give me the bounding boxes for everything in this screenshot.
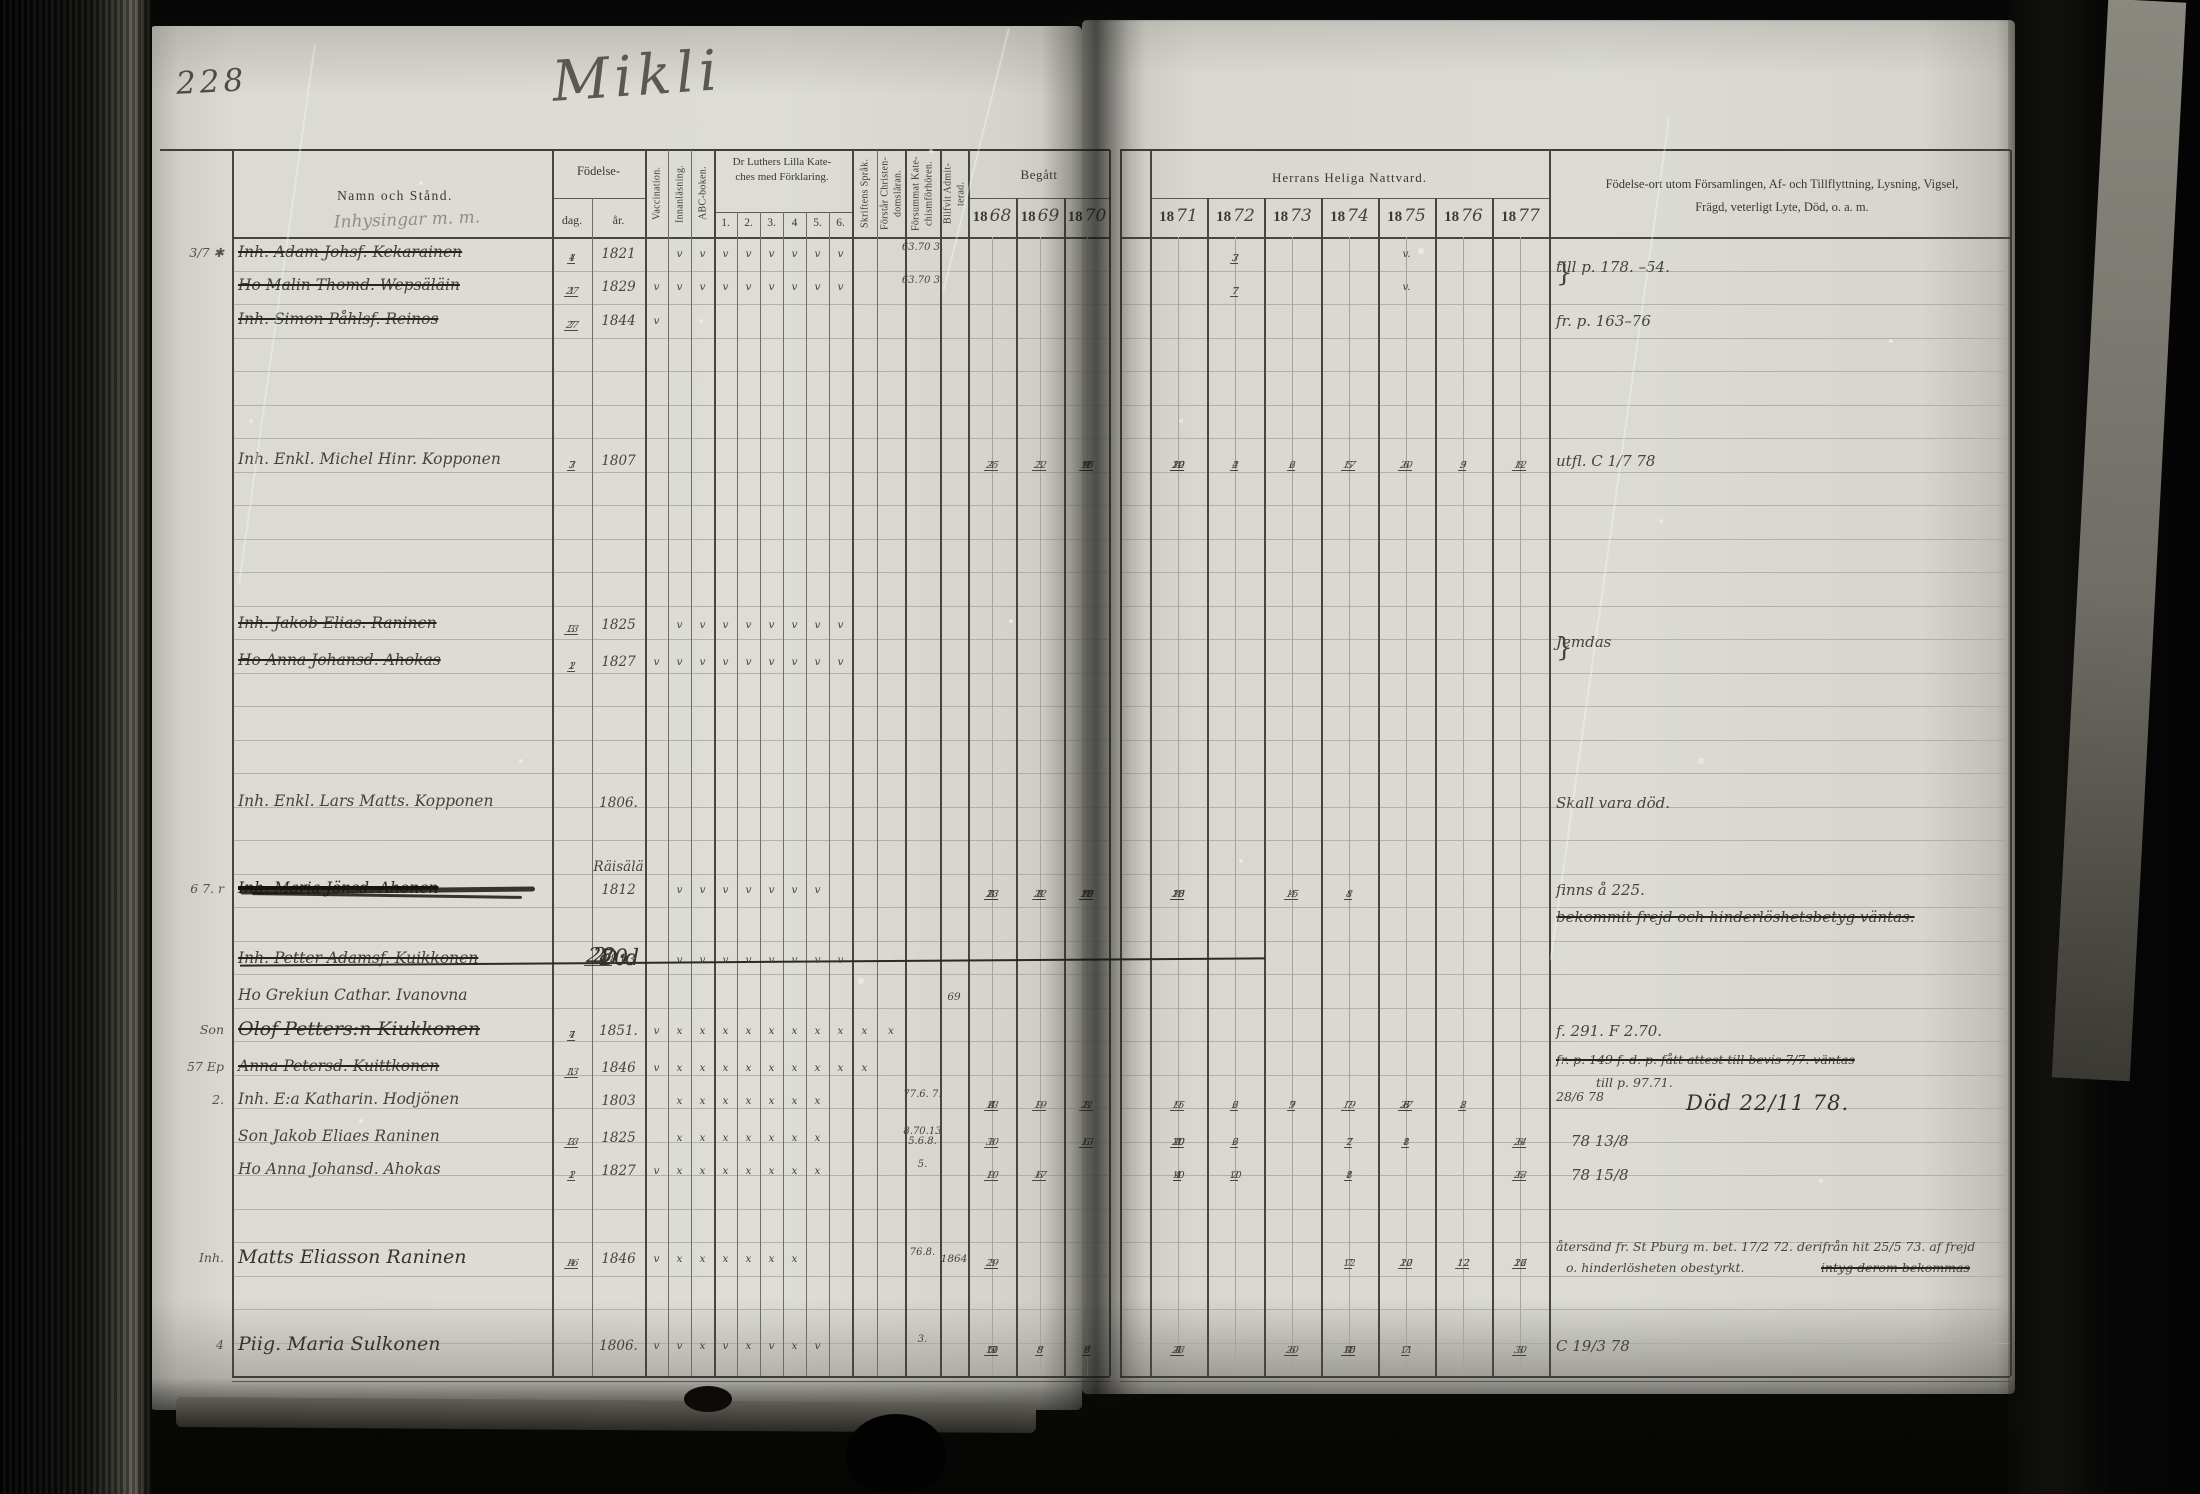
grid-line (1349, 237, 1350, 1376)
ledger-cell-k5: v (806, 241, 829, 267)
grid-line (232, 639, 1110, 640)
ledger-cell-forsummat: 76.8. (901, 1248, 944, 1274)
ledger-cell-forstar: x (877, 1018, 905, 1044)
catechism-subcolumn-number: 2. (737, 217, 760, 229)
year-label: 1871 (1150, 206, 1207, 226)
year-label: 1877 (1492, 206, 1549, 226)
catechism-subcolumn-number: 6. (829, 217, 852, 229)
ledger-cell-y1870: 6339 (1064, 1333, 1110, 1359)
ledger-cell-day: 37 (552, 448, 592, 474)
ledger-cell-k2: x (737, 1158, 760, 1184)
column-header-communion-begatt: Begått (968, 167, 1110, 183)
column-header-vertical: Skriftens Språk. (858, 152, 872, 235)
ledger-cell-k4: x (783, 1246, 806, 1272)
ledger-cell-innanl: x (668, 1158, 691, 1184)
ledger-cell-k3: v (760, 947, 783, 973)
grid-line (1120, 740, 2010, 741)
grid-line (1120, 1309, 2010, 1310)
grid-line (2010, 150, 2012, 1376)
catechism-subcolumn-number: 1. (714, 217, 737, 229)
ledger-cell-k4: v (783, 612, 806, 638)
ledger-cell-k4: x (783, 1088, 806, 1114)
ledger-cell-k1: v (714, 877, 737, 903)
grid-line (232, 271, 1110, 272)
grid-line (1120, 1075, 2010, 1076)
ledger-cell-abc: x (691, 1158, 714, 1184)
grid-line (232, 304, 1110, 305)
grid-line (1120, 405, 2010, 406)
column-header-notes-line1: Födelse-ort utom Församlingen, Af- och T… (1556, 177, 2008, 192)
grid-line (1109, 150, 1111, 1376)
ledger-cell-y1871: 2341510 (1150, 877, 1207, 903)
grid-line (1120, 874, 2010, 875)
ledger-cell-k5: v (806, 877, 829, 903)
grid-line (1120, 1381, 2010, 1382)
marginal-note: fr. p. 149 f. d. p. fått attest till bev… (1556, 1052, 1855, 1067)
ledger-cell-y1868: 293 (968, 1246, 1016, 1272)
grid-line (905, 150, 907, 1376)
ledger-cell-y1869: 88 (1016, 1333, 1064, 1359)
grid-line (1120, 237, 2010, 239)
grid-line (1120, 673, 2010, 674)
ledger-cell-blifvit: 69 (940, 984, 968, 1010)
marginal-note: o. hinderlösheten obestyrkt. (1566, 1260, 1745, 1275)
grid-line (1406, 237, 1407, 1376)
year-label: 1870 (1064, 206, 1110, 226)
ledger-cell-blifvit: 1864 (940, 1246, 968, 1272)
catechism-subcolumn-number: 3. (760, 217, 783, 229)
edge-mark: 18 (56, 474, 73, 489)
grid-line (852, 150, 854, 1376)
ledger-cell-k6: v (829, 649, 852, 675)
grid-line (1120, 706, 2010, 707)
ledger-cell-y1877: 236 (1492, 1158, 1549, 1184)
grid-line (1120, 1041, 2010, 1042)
grid-line (232, 1008, 1110, 1009)
ledger-cell-y1873: 154 (1264, 877, 1321, 903)
column-header-name: Namn och Stånd. (258, 188, 532, 204)
ledger-cell-year: 1825 (592, 612, 645, 638)
ledger-cell-k3: x (760, 1055, 783, 1081)
marginal-note: } till p. 178. –54. (1556, 258, 1670, 276)
ledger-cell-skrift: x (852, 1055, 877, 1081)
grid-line (1120, 338, 2010, 339)
ledger-cell-y1877: 2612 (1492, 1246, 1549, 1272)
grid-line (232, 237, 1110, 239)
ledger-cell-y1868: 13344 (968, 1088, 1016, 1114)
grid-line (1321, 198, 1323, 1376)
ledger-cell-forsummat: 77.6. 7. (901, 1090, 944, 1116)
column-header-catechism-line2: ches med Förklaring. (712, 171, 852, 183)
ledger-cell-y1876: 28 (1435, 1088, 1492, 1114)
ledger-cell-k1: v (714, 947, 737, 973)
year-label: 1868 (968, 206, 1016, 226)
row-margin-note: 3/7 ✱ (150, 245, 224, 260)
ledger-cell-year: 1827 (592, 649, 645, 675)
ledger-cell-k2: x (737, 1055, 760, 1081)
ledger-cell-vacc: v (645, 1246, 668, 1272)
ledger-cell-year: 1806. (592, 790, 645, 816)
grid-line (232, 941, 1110, 942)
ledger-cell-innanl: x (668, 1246, 691, 1272)
ledger-cell-k1: v (714, 1333, 737, 1359)
year-label: 1875 (1378, 206, 1435, 226)
column-header-vertical: Blifvit Admit- (941, 152, 955, 235)
ledger-cell-year: 1844 (592, 308, 645, 334)
grid-line (1378, 198, 1380, 1376)
ledger-cell-year: 1806. (592, 1333, 645, 1359)
ledger-cell-k2: v (737, 241, 760, 267)
column-header-vertical: Vaccination. (650, 152, 664, 235)
ledger-row-name: Inh. Enkl. Lars Matts. Kopponen (238, 792, 493, 810)
ledger-cell-day: 271 (552, 274, 592, 300)
ledger-row-name: Olof Petters:n Kiukkonen (238, 1018, 480, 1040)
ledger-cell-k1: x (714, 1055, 737, 1081)
ledger-cell-abc: x (691, 1055, 714, 1081)
marginal-note: bekommit frejd och hinderlöshetsbetyg vä… (1556, 908, 1915, 926)
ledger-cell-y1874: 175 (1321, 448, 1378, 474)
ledger-cell-y1870: 218 (1064, 1088, 1110, 1114)
ledger-cell-k4: x (783, 1158, 806, 1184)
grid-line (232, 773, 1110, 774)
ledger-cell-k5: v (806, 612, 829, 638)
row-margin-note: Son (150, 1022, 224, 1037)
page-title-handwritten: Mikli (550, 38, 724, 115)
strike-smudge (252, 892, 522, 899)
ledger-cell-k2: x (737, 1246, 760, 1272)
grid-line (1120, 1276, 2010, 1277)
ledger-cell-innanl: v (668, 877, 691, 903)
grid-line (1492, 198, 1494, 1376)
ledger-cell-y1871: 23348 (1150, 1333, 1207, 1359)
ledger-cell-y1875: 27668 (1378, 1088, 1435, 1114)
ledger-cell-y1869: 223 (1016, 448, 1064, 474)
ledger-cell-k6: v (829, 947, 852, 973)
grid-line (714, 150, 716, 1376)
year-label: 1872 (1207, 206, 1264, 226)
grid-line (1549, 150, 1551, 1376)
ledger-cell-y1874: 712 (1321, 1246, 1378, 1272)
ledger-cell-forsummat: 5. (901, 1160, 944, 1186)
ledger-cell-day: 21 (552, 1158, 592, 1184)
grid-line (1207, 198, 1209, 1376)
ledger-row-name: Son Jakob Eliaes Raninen (238, 1127, 440, 1145)
ledger-cell-innanl: v (668, 274, 691, 300)
ledger-cell-k2: v (737, 947, 760, 973)
grid-line (737, 212, 738, 1376)
ledger-cell-k6: x (829, 1055, 852, 1081)
ledger-cell-k4: x (783, 1125, 806, 1151)
ledger-cell-year: 1812 (592, 877, 645, 903)
column-header-vertical: domsläran. (891, 152, 905, 235)
ledger-cell-k3: v (760, 274, 783, 300)
ledger-cell-day: 21 (552, 649, 592, 675)
grid-line (691, 150, 692, 1376)
grid-line (1120, 304, 2010, 305)
ledger-cell-year: 1846 (592, 1055, 645, 1081)
ledger-cell-y1869: 199 (1016, 1088, 1064, 1114)
ledger-cell-y1873: 97 (1264, 1088, 1321, 1114)
ledger-cell-vacc: v (645, 1055, 668, 1081)
ledger-row-name: Ho Anna Johansd. Ahokas (238, 1160, 441, 1178)
grid-line (232, 338, 1110, 339)
ledger-cell-abc: v (691, 241, 714, 267)
marginal-note: 28/6 78 (1556, 1089, 1604, 1104)
ledger-cell-abc: x (691, 1018, 714, 1044)
ledger-cell-y1870: 15419102012 (1064, 877, 1110, 903)
ledger-cell-y1874: 72 (1321, 1125, 1378, 1151)
column-header-name-handwritten: Inhysingar m. m. (282, 206, 533, 235)
ledger-cell-vacc: v (645, 274, 668, 300)
grid-line (760, 212, 761, 1376)
ledger-cell-k3: v (760, 877, 783, 903)
edge-mark: 1 (72, 902, 80, 917)
year-label: 1876 (1435, 206, 1492, 226)
column-header-vertical: terad. (954, 152, 968, 235)
grid-line (1120, 1008, 2010, 1009)
ledger-row-name: Ho Anna Johansd. Ahokas (238, 651, 441, 669)
scanned-ledger-spread: 228 Mikli Namn och Stånd. Inhysingar m. … (0, 0, 2200, 1494)
grid-line (1120, 371, 2010, 372)
ledger-cell-skrift: x (852, 1018, 877, 1044)
ledger-cell-abc: v (691, 947, 714, 973)
ledger-cell-k2: x (737, 1333, 760, 1359)
grid-line (552, 150, 554, 1376)
ledger-cell-k6: v (829, 241, 852, 267)
ledger-cell-k1: x (714, 1088, 737, 1114)
ledger-row-name: Piig. Maria Sulkonen (238, 1333, 441, 1355)
ledger-cell-k5: v (806, 649, 829, 675)
row-margin-note: 57 Ep (150, 1059, 224, 1074)
ledger-cell-y1877: 303 (1492, 1333, 1549, 1359)
grid-line (1178, 237, 1179, 1376)
grid-line (232, 706, 1110, 707)
grid-line (232, 371, 1110, 372)
catechism-subcolumn-number: 5. (806, 217, 829, 229)
ledger-cell-year: 1846 (592, 1246, 645, 1272)
edge-mark: 1/4 (92, 86, 113, 101)
ledger-cell-k3: x (760, 1125, 783, 1151)
ledger-cell-day: 133 (552, 612, 592, 638)
ledger-cell-innanl: v (668, 947, 691, 973)
ledger-cell-innanl: v (668, 649, 691, 675)
ledger-cell-k3: x (760, 1158, 783, 1184)
ledger-cell-innanl: v (668, 241, 691, 267)
grid-line (1463, 237, 1464, 1376)
ledger-cell-y1868: 571110 (968, 1333, 1016, 1359)
grid-line (1120, 149, 2010, 151)
grid-line (552, 198, 645, 199)
ledger-cell-forsummat: 8.70.13 5.6.8. (901, 1127, 944, 1153)
grid-line (829, 212, 830, 1376)
ledger-row-name: Ho Grekiun Cathar. Ivanovna (238, 986, 468, 1004)
ledger-cell-k1: v (714, 649, 737, 675)
ledger-cell-day: 47 (552, 1018, 592, 1044)
marginal-note: 78 13/8 (1571, 1132, 1629, 1150)
ledger-cell-k3: x (760, 1018, 783, 1044)
ledger-cell-k1: x (714, 1158, 737, 1184)
column-header-vertical: Försummat Kate- (909, 152, 923, 235)
ledger-cell-k1: v (714, 612, 737, 638)
marginal-note: Död 22/11 78. (1686, 1091, 1849, 1115)
ledger-cell-vacc: v (645, 649, 668, 675)
ledger-cell-k3: v (760, 1333, 783, 1359)
ledger-cell-k4: x (783, 1055, 806, 1081)
ledger-cell-k5: v (806, 1333, 829, 1359)
ledger-cell-k2: x (737, 1088, 760, 1114)
grid-line (1150, 150, 1152, 1376)
ledger-cell-day: 164 (552, 1246, 592, 1272)
grid-line (232, 1209, 1110, 1210)
column-header-birth-day: dag. (552, 213, 592, 228)
column-header-catechism-line1: Dr Luthers Lilla Kate- (712, 156, 852, 168)
ledger-row-name: Inh. Adam Johsf. Kekarainen (238, 243, 462, 261)
ledger-cell-year: 1829 (592, 274, 645, 300)
grid-line (1120, 150, 1122, 1376)
ledger-cell-year: 1825 (592, 1125, 645, 1151)
ledger-cell-k5: x (806, 1018, 829, 1044)
ledger-cell-k4: v (783, 649, 806, 675)
ledger-cell-year: Räisälä (592, 854, 645, 880)
ledger-cell-y1875: 2210 (1378, 1246, 1435, 1272)
ledger-cell-k1: x (714, 1018, 737, 1044)
ledger-cell-y1875: 711 (1378, 1333, 1435, 1359)
ledger-cell-abc: x (691, 1246, 714, 1272)
grid-line (232, 405, 1110, 406)
grid-line (668, 150, 669, 1376)
ledger-cell-y1872: 77 (1207, 274, 1264, 300)
ledger-row-name: Inh. Simon Påhlsf. Reinos (238, 310, 438, 328)
row-margin-note: 4 (150, 1337, 224, 1352)
grid-line (232, 1309, 1110, 1310)
ledger-cell-k3: x (760, 1088, 783, 1114)
ledger-cell-day: 277 (552, 308, 592, 334)
ledger-cell-y1874: 81 (1321, 877, 1378, 903)
grid-line (992, 237, 993, 1376)
grid-line (877, 150, 878, 1376)
year-label: 1874 (1321, 206, 1378, 226)
row-margin-note: 2. (150, 1092, 224, 1107)
grid-line (232, 874, 1110, 875)
ledger-cell-y1868: 254 (968, 448, 1016, 474)
ledger-cell-abc: v (691, 274, 714, 300)
ledger-cell-y1868: 109 (968, 1158, 1016, 1184)
grid-line (1120, 1209, 2010, 1210)
ledger-cell-k5: x (806, 1125, 829, 1151)
ledger-cell-vacc: v (645, 1333, 668, 1359)
grid-line (1120, 840, 2010, 841)
ledger-cell-abc: v (691, 649, 714, 675)
ledger-cell-k1: v (714, 241, 737, 267)
grid-line (232, 1376, 1110, 1378)
ledger-cell-y1872: 26 (1207, 1125, 1264, 1151)
marginal-note: till p. 97.71. (1596, 1075, 1673, 1090)
grid-line (1435, 198, 1437, 1376)
ledger-cell-year: 1807 (592, 448, 645, 474)
grid-line (232, 840, 1110, 841)
ledger-cell-y1875: 18 (1378, 1125, 1435, 1151)
ledger-cell-y1868: 233134 (968, 877, 1016, 903)
ledger-cell-y1874: 18 (1321, 1158, 1378, 1184)
ledger-cell-y1871: 242010 (1150, 1125, 1207, 1151)
grid-line (1016, 198, 1018, 1376)
grid-line (232, 1381, 1110, 1382)
grid-line (1120, 606, 2010, 607)
grid-line (783, 212, 784, 1376)
ledger-cell-day: 133 (552, 1125, 592, 1151)
ledger-cell-k4: x (783, 1018, 806, 1044)
ledger-cell-k2: v (737, 274, 760, 300)
row-margin-note: Inh. (150, 1250, 224, 1265)
ledger-cell-k1: v (714, 274, 737, 300)
grid-line (1087, 237, 1088, 1376)
ledger-cell-k6: x (829, 1018, 852, 1044)
ledger-cell-y1871: 14110 (1150, 1158, 1207, 1184)
grid-line (1292, 237, 1293, 1376)
column-header-notes-line2: Frägd, veterligt Lyte, Död, o. a. m. (1556, 200, 2008, 215)
ledger-cell-k5: x (806, 1088, 829, 1114)
ledger-cell-forsummat: 63.70 3. (901, 243, 944, 269)
edge-mark: 2. (62, 512, 74, 527)
ledger-cell-y1875: 206 (1378, 448, 1435, 474)
ledger-cell-abc: x (691, 1333, 714, 1359)
column-header-communion-nattvard: Herrans Heliga Nattvard. (1150, 170, 1549, 186)
ledger-cell-k5: v (806, 947, 829, 973)
ledger-cell-abc: x (691, 1088, 714, 1114)
column-header-birth-group: Födelse- (552, 164, 645, 179)
ledger-cell-k2: v (737, 649, 760, 675)
ledger-cell-y1875: v. (1378, 274, 1435, 300)
ledger-cell-year: 1827 (592, 1158, 645, 1184)
marginal-note: återsänd fr. St Pburg m. bet. 17/2 72. d… (1556, 1239, 1975, 1254)
grid-line (1120, 505, 2010, 506)
grid-line (232, 1242, 1110, 1243)
grid-line (232, 505, 1110, 506)
ledger-cell-y1874: 197 (1321, 1088, 1378, 1114)
ledger-row-name: Matts Eliasson Raninen (238, 1246, 467, 1268)
ledger-cell-y1871: 159 (1150, 1088, 1207, 1114)
ledger-cell-k2: x (737, 1018, 760, 1044)
column-header-vertical: ABC-boken. (696, 152, 710, 235)
ledger-cell-y1872: 210 (1207, 1158, 1264, 1184)
grid-line (592, 198, 593, 1376)
ledger-cell-forsummat: 63.70 3. (901, 276, 944, 302)
ledger-cell-day: 41 (552, 241, 592, 267)
ledger-cell-y1872: 37 (1207, 241, 1264, 267)
grid-line (1520, 237, 1521, 1376)
ledger-cell-y1870: 136 (1064, 1125, 1110, 1151)
ledger-cell-k3: v (760, 649, 783, 675)
column-header-vertical: Förstår Christen- (878, 152, 892, 235)
ledger-cell-k4: v (783, 274, 806, 300)
ledger-cell-y1877: 246 (1492, 1125, 1549, 1151)
ledger-cell-y1868: 303 (968, 1125, 1016, 1151)
ledger-cell-y1874: 154710 (1321, 1333, 1378, 1359)
ledger-cell-k1: x (714, 1246, 737, 1272)
catechism-subcolumn-number: 4 (783, 217, 806, 229)
ledger-cell-y1877: 128 (1492, 448, 1549, 474)
page-number: 228 (175, 62, 248, 102)
grid-line (232, 572, 1110, 573)
ledger-cell-k4: v (783, 877, 806, 903)
ledger-row-name: Inh. E:a Katharin. Hodjönen (238, 1090, 459, 1108)
ledger-cell-k5: x (806, 1158, 829, 1184)
ledger-cell-vacc: v (645, 1018, 668, 1044)
ledger-row-name: Anna Petersd. Kuittkonen (238, 1057, 439, 1075)
ledger-cell-k6: v (829, 612, 852, 638)
marginal-note: } Jemdas (1556, 633, 1611, 651)
ledger-cell-y1875: v. (1378, 241, 1435, 267)
